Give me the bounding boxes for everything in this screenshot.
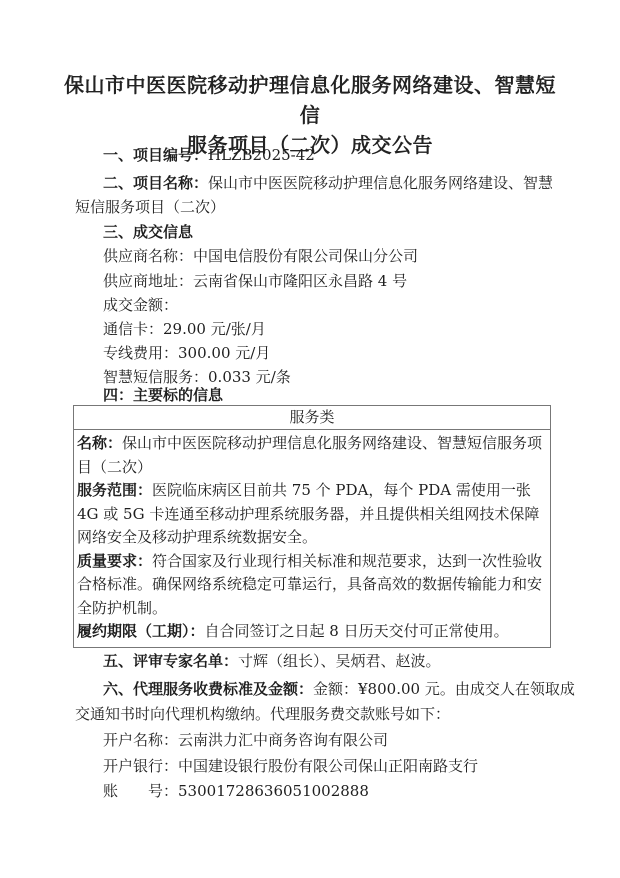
supplier-address: 供应商地址：云南省保山市隆阳区永昌路 4 号 [103,270,407,292]
expert-list: 五、评审专家名单：寸辉（组长）、吴炳君、赵波。 [103,650,441,672]
table-row-scope: 服务范围：医院临床病区目前共 75 个 PDA，每个 PDA 需使用一张 4G … [77,479,547,550]
amount-item-label: 专线费用： [103,344,178,362]
agency-fee-label: 六、代理服务收费标准及金额： [103,680,313,698]
agency-fee-cont: 交通知书时向代理机构缴纳。代理服务费交款账号如下： [75,703,450,725]
bank-label: 开户银行： [103,757,178,775]
supplier-name: 供应商名称：中国电信股份有限公司保山分公司 [103,245,418,267]
project-number-label: 一、项目编号： [103,146,208,164]
bank-value: 中国建设银行股份有限公司保山正阳南路支行 [178,757,478,775]
project-number-value: HLZB2025-42 [208,146,315,164]
amount-item-label: 通信卡： [103,320,163,338]
amount-item-value: 29.00 元/张/月 [163,320,266,338]
period-value: 自合同签订之日起 8 日历天交付可正常使用。 [205,622,509,640]
scope-label: 服务范围： [77,481,152,499]
table-header: 服务类 [74,406,550,430]
project-name: 二、项目名称：保山市中医医院移动护理信息化服务网络建设、智慧 [103,172,553,194]
amount-item-value: 300.00 元/月 [178,344,270,362]
project-name-value-1: 保山市中医医院移动护理信息化服务网络建设、智慧 [208,174,553,192]
account-name-value: 云南洪力汇中商务咨询有限公司 [178,731,388,749]
account-name: 开户名称：云南洪力汇中商务咨询有限公司 [103,729,388,751]
agency-fee: 六、代理服务收费标准及金额：金额：¥800.00 元。由成交人在领取成 [103,678,575,700]
subject-info-table: 服务类 名称：保山市中医医院移动护理信息化服务网络建设、智慧短信服务项目（二次）… [73,405,551,648]
title-line-1: 保山市中医医院移动护理信息化服务网络建设、智慧短信 [60,70,560,130]
main-subject-heading: 四：主要标的信息 [103,384,223,406]
table-row-quality: 质量要求：符合国家及行业现行相关标准和规范要求，达到一次性验收合格标准。确保网络… [77,550,547,621]
supplier-name-value: 中国电信股份有限公司保山分公司 [193,247,418,265]
deal-info-heading: 三、成交信息 [103,221,193,243]
expert-list-label: 五、评审专家名单： [103,652,238,670]
table-body: 名称：保山市中医医院移动护理信息化服务网络建设、智慧短信服务项目（二次） 服务范… [74,430,550,644]
project-number: 一、项目编号：HLZB2025-42 [103,144,315,166]
table-row-period: 履约期限（工期）：自合同签订之日起 8 日历天交付可正常使用。 [77,620,547,644]
agency-fee-value-1: 金额：¥800.00 元。由成交人在领取成 [313,680,575,698]
project-name-cont: 短信服务项目（二次） [75,196,225,218]
supplier-address-label: 供应商地址： [103,272,193,290]
expert-list-value: 寸辉（组长）、吴炳君、赵波。 [238,652,441,670]
account-number: 账 号：53001728636051002888 [103,780,369,802]
bank: 开户银行：中国建设银行股份有限公司保山正阳南路支行 [103,755,478,777]
supplier-name-label: 供应商名称： [103,247,193,265]
supplier-address-value: 云南省保山市隆阳区永昌路 4 号 [193,272,407,290]
project-name-label: 二、项目名称： [103,174,208,192]
deal-amount-label: 成交金额： [103,294,178,316]
amount-item: 通信卡：29.00 元/张/月 [103,318,266,340]
quality-label: 质量要求： [77,552,152,570]
table-row-name: 名称：保山市中医医院移动护理信息化服务网络建设、智慧短信服务项目（二次） [77,432,547,479]
account-number-value: 53001728636051002888 [178,782,369,800]
account-number-label: 账 号： [103,782,178,800]
name-label: 名称： [77,434,122,452]
name-value: 保山市中医医院移动护理信息化服务网络建设、智慧短信服务项目（二次） [77,434,542,476]
amount-item: 专线费用：300.00 元/月 [103,342,270,364]
account-name-label: 开户名称： [103,731,178,749]
period-label: 履约期限（工期）： [77,622,205,640]
